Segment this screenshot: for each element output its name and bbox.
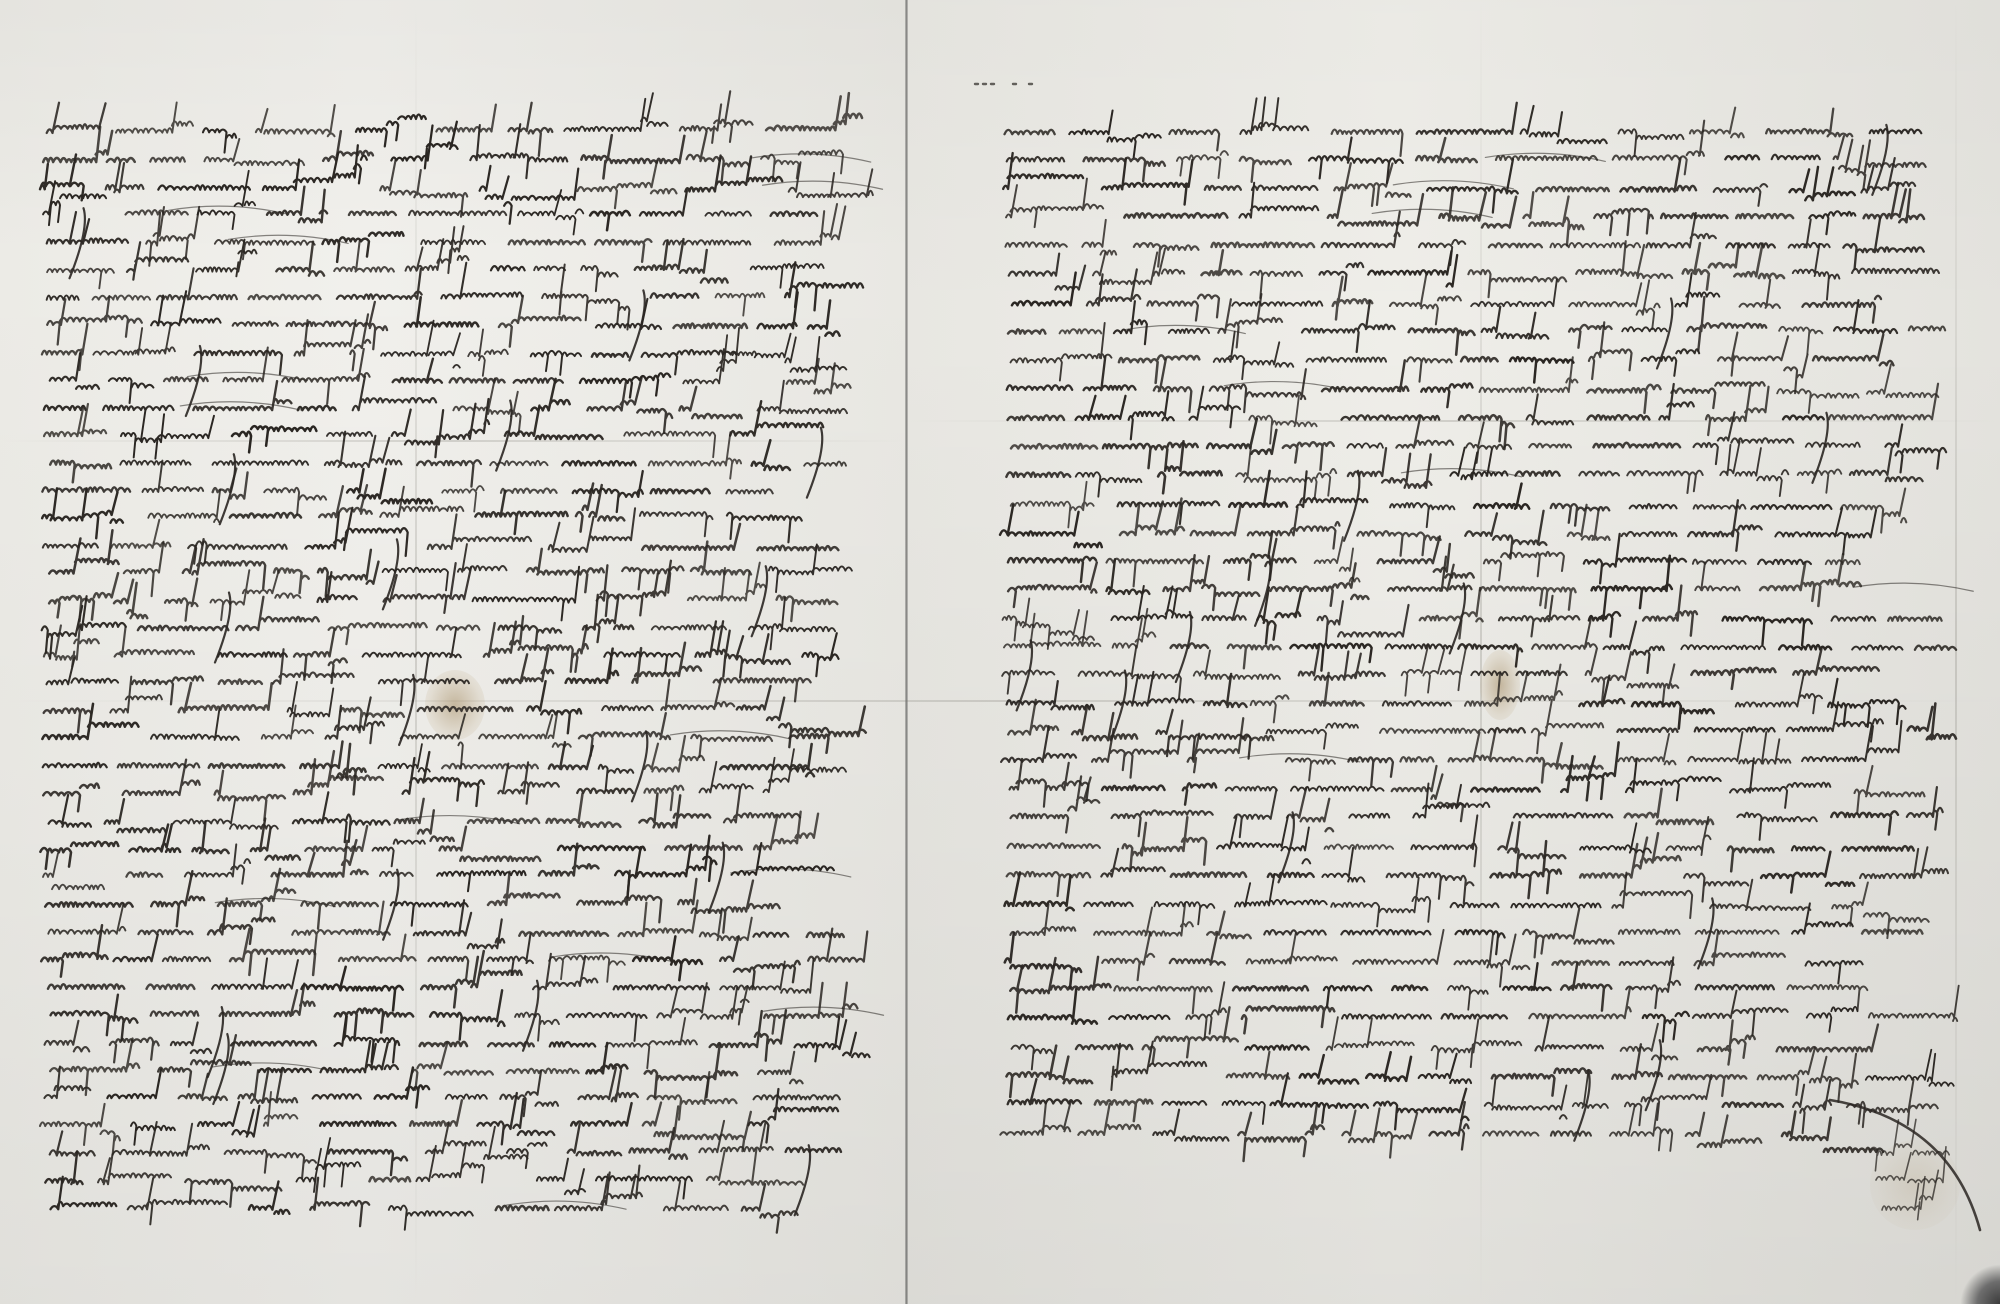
handwriting-stroke bbox=[430, 990, 504, 1039]
handwriting-stroke bbox=[1852, 268, 1939, 272]
handwriting-stroke bbox=[1618, 129, 1683, 156]
handwriting-stroke bbox=[219, 679, 262, 683]
handwriting-stroke bbox=[296, 1138, 360, 1192]
handwriting-stroke bbox=[143, 461, 204, 492]
handwriting-stroke bbox=[1392, 985, 1427, 989]
handwriting-stroke bbox=[1224, 531, 1296, 580]
handwriting-stroke bbox=[1720, 441, 1788, 496]
handwriting-stroke bbox=[263, 145, 367, 190]
handwriting-stroke bbox=[1227, 1052, 1290, 1079]
handwriting-stroke bbox=[1870, 129, 1922, 133]
handwriting-stroke bbox=[1561, 742, 1618, 800]
handwriting-stroke bbox=[1134, 243, 1199, 266]
handwriting-stroke bbox=[1698, 1020, 1755, 1064]
handwriting-stroke bbox=[1324, 986, 1372, 1007]
handwriting-stroke bbox=[1011, 776, 1100, 832]
handwriting-stroke bbox=[1915, 645, 1956, 649]
handwriting-stroke bbox=[537, 1159, 585, 1195]
handwriting-stroke bbox=[1400, 757, 1433, 761]
handwriting-stroke bbox=[1474, 484, 1529, 509]
handwriting-stroke bbox=[1087, 269, 1140, 305]
handwriting-stroke bbox=[769, 544, 852, 592]
handwriting-stroke bbox=[1619, 930, 1680, 934]
handwriting-stroke bbox=[1082, 220, 1116, 255]
handwriting-stroke bbox=[1366, 1052, 1411, 1083]
handwriting-layer bbox=[0, 0, 2000, 1304]
handwriting-stroke bbox=[1480, 586, 1575, 610]
handwriting-stroke bbox=[1726, 243, 1775, 247]
handwriting-stroke bbox=[249, 295, 321, 299]
handwriting-stroke bbox=[49, 795, 91, 827]
handwriting-stroke bbox=[42, 596, 126, 658]
handwriting-stroke bbox=[664, 1181, 728, 1211]
handwriting-stroke bbox=[276, 242, 324, 276]
handwriting-stroke bbox=[1569, 325, 1611, 348]
handwriting-stroke bbox=[1761, 852, 1854, 893]
handwriting-stroke bbox=[1834, 136, 1926, 189]
handwriting-stroke bbox=[327, 432, 372, 436]
handwriting-stroke bbox=[47, 103, 106, 133]
handwriting-stroke bbox=[1491, 841, 1561, 898]
handwriting-stroke bbox=[138, 626, 228, 630]
handwriting-stroke bbox=[1831, 811, 1898, 834]
handwriting-stroke bbox=[1242, 1006, 1334, 1033]
handwriting-stroke bbox=[1233, 986, 1308, 990]
handwriting-stroke bbox=[663, 240, 750, 244]
handwriting-stroke bbox=[44, 708, 92, 732]
handwriting-stroke bbox=[251, 818, 300, 859]
handwriting-stroke bbox=[754, 1095, 840, 1099]
handwriting-stroke bbox=[335, 1008, 413, 1036]
handwriting-stroke bbox=[1793, 244, 1840, 300]
handwriting-stroke bbox=[567, 1013, 647, 1041]
handwriting-stroke bbox=[1318, 601, 1409, 643]
handwriting-stroke bbox=[1627, 471, 1702, 493]
handwriting-stroke bbox=[1322, 360, 1408, 391]
handwriting-stroke bbox=[43, 783, 99, 811]
handwriting-stroke bbox=[1736, 214, 1793, 218]
handwriting-stroke bbox=[1783, 415, 1824, 419]
handwriting-stroke bbox=[43, 854, 104, 890]
handwriting-stroke bbox=[1569, 280, 1659, 329]
handwriting-stroke bbox=[1191, 504, 1241, 537]
handwriting-stroke bbox=[110, 1038, 159, 1063]
handwriting-stroke bbox=[1109, 1015, 1169, 1019]
handwriting-stroke bbox=[1514, 813, 1612, 817]
handwriting-stroke bbox=[363, 628, 461, 657]
handwriting-stroke bbox=[527, 549, 604, 592]
handwriting-stroke bbox=[1005, 242, 1066, 246]
handwriting-stroke bbox=[499, 296, 581, 347]
handwriting-stroke bbox=[1076, 1045, 1132, 1049]
handwriting-stroke bbox=[328, 1149, 407, 1175]
handwriting-stroke bbox=[1643, 586, 1697, 636]
handwriting-stroke bbox=[1551, 504, 1609, 526]
handwriting-stroke bbox=[1427, 159, 1518, 213]
handwriting-stroke bbox=[615, 836, 716, 898]
handwriting-stroke bbox=[763, 181, 883, 189]
handwriting-stroke bbox=[705, 211, 751, 215]
handwriting-stroke bbox=[1832, 616, 1876, 620]
handwriting-stroke bbox=[1760, 554, 1861, 606]
handwriting-stroke bbox=[198, 1102, 259, 1137]
handwriting-stroke bbox=[225, 1150, 316, 1178]
handwriting-stroke bbox=[151, 871, 204, 926]
handwriting-stroke bbox=[642, 524, 740, 551]
handwriting-stroke bbox=[720, 936, 800, 989]
handwriting-stroke bbox=[1357, 531, 1440, 556]
handwriting-stroke bbox=[475, 491, 567, 534]
handwriting-stroke bbox=[1779, 645, 1831, 649]
handwriting-stroke bbox=[1008, 557, 1096, 582]
handwriting-stroke bbox=[1710, 880, 1810, 910]
handwriting-stroke bbox=[549, 955, 625, 981]
handwriting-stroke bbox=[1114, 986, 1211, 1013]
handwriting-stroke bbox=[1005, 130, 1055, 134]
handwriting-stroke bbox=[1579, 471, 1619, 475]
handwriting-stroke bbox=[590, 211, 630, 230]
handwriting-stroke bbox=[1458, 644, 1522, 666]
handwriting-stroke bbox=[1202, 596, 1245, 620]
handwriting-stroke bbox=[1693, 991, 1788, 1036]
handwriting-stroke bbox=[562, 461, 635, 465]
handwriting-stroke bbox=[47, 296, 142, 344]
handwriting-stroke bbox=[1118, 501, 1220, 524]
handwriting-stroke bbox=[1694, 931, 1784, 965]
handwriting-stroke bbox=[1736, 674, 1822, 713]
handwriting-stroke bbox=[1432, 1019, 1522, 1069]
handwriting-stroke bbox=[132, 676, 203, 704]
handwriting-stroke bbox=[509, 240, 585, 244]
handwriting-stroke bbox=[640, 191, 687, 220]
handwriting-stroke bbox=[1240, 97, 1308, 134]
handwriting-stroke bbox=[198, 171, 256, 229]
handwriting-stroke bbox=[1529, 444, 1571, 448]
handwriting-stroke bbox=[1177, 151, 1228, 178]
handwriting-stroke bbox=[1008, 329, 1045, 333]
handwriting-stroke bbox=[92, 295, 150, 299]
handwriting-stroke bbox=[380, 160, 467, 216]
handwriting-stroke bbox=[107, 1069, 161, 1098]
handwriting-stroke bbox=[1060, 329, 1102, 333]
handwriting-stroke bbox=[1587, 385, 1660, 413]
handwriting-stroke bbox=[118, 763, 200, 767]
handwriting-stroke bbox=[1286, 758, 1335, 781]
handwriting-stroke bbox=[1807, 1007, 1858, 1032]
handwriting-stroke bbox=[1484, 547, 1564, 580]
handwriting-stroke bbox=[1758, 560, 1811, 564]
handwriting-stroke bbox=[293, 792, 390, 842]
handwriting-stroke bbox=[1183, 783, 1216, 804]
handwriting-stroke bbox=[488, 872, 559, 905]
handwriting-stroke bbox=[473, 567, 579, 621]
handwriting-stroke bbox=[1401, 469, 1521, 477]
handwriting-stroke bbox=[787, 359, 851, 394]
handwriting-stroke bbox=[294, 751, 383, 794]
handwriting-stroke bbox=[595, 239, 651, 262]
handwriting-stroke bbox=[157, 268, 237, 299]
handwriting-stroke bbox=[1084, 902, 1133, 906]
handwriting-stroke bbox=[1342, 1014, 1431, 1018]
handwriting-stroke bbox=[320, 1121, 395, 1125]
handwriting-stroke bbox=[1112, 811, 1213, 837]
handwriting-stroke bbox=[1622, 327, 1667, 331]
handwriting-stroke bbox=[414, 900, 505, 948]
handwriting-stroke bbox=[1238, 1103, 1324, 1161]
handwriting-stroke bbox=[1214, 332, 1294, 380]
handwriting-stroke bbox=[349, 211, 396, 215]
handwriting-stroke bbox=[215, 240, 315, 259]
handwriting-stroke bbox=[1723, 1102, 1783, 1106]
handwriting-stroke bbox=[1688, 732, 1790, 764]
handwriting-stroke bbox=[1684, 874, 1748, 902]
handwriting-stroke bbox=[651, 293, 699, 297]
handwriting-stroke bbox=[1006, 472, 1070, 476]
handwriting-stroke bbox=[392, 399, 489, 457]
handwriting-stroke bbox=[1489, 243, 1542, 247]
handwriting-stroke bbox=[1007, 843, 1099, 847]
handwriting-stroke bbox=[418, 707, 513, 711]
handwriting-stroke bbox=[586, 1043, 627, 1073]
handwriting-stroke bbox=[1245, 1045, 1308, 1049]
handwriting-stroke bbox=[1643, 1012, 1689, 1042]
handwriting-stroke bbox=[1372, 209, 1492, 217]
handwriting-stroke bbox=[1322, 848, 1364, 882]
handwriting-stroke bbox=[1402, 644, 1467, 695]
handwriting-stroke bbox=[1604, 622, 1664, 673]
handwriting-stroke bbox=[1119, 355, 1199, 383]
handwriting-stroke bbox=[1830, 1100, 1980, 1230]
handwriting-stroke bbox=[500, 1071, 558, 1116]
handwriting-stroke bbox=[1012, 273, 1076, 306]
handwriting-stroke bbox=[1471, 279, 1557, 309]
handwriting-stroke bbox=[322, 232, 403, 262]
handwriting-stroke bbox=[1005, 933, 1081, 989]
handwriting-stroke bbox=[1775, 508, 1876, 554]
handwriting-stroke bbox=[1792, 846, 1825, 850]
handwriting-stroke bbox=[1461, 357, 1497, 361]
handwriting-stroke bbox=[1523, 192, 1583, 245]
handwriting-stroke bbox=[1386, 644, 1452, 648]
handwriting-stroke bbox=[428, 957, 468, 978]
handwriting-stroke bbox=[450, 378, 505, 382]
handwriting-stroke bbox=[1204, 674, 1247, 707]
handwriting-stroke bbox=[236, 597, 319, 630]
handwriting-stroke bbox=[1084, 356, 1136, 390]
handwriting-stroke bbox=[1266, 723, 1358, 749]
handwriting-stroke bbox=[1772, 155, 1820, 159]
handwriting-stroke bbox=[151, 1011, 199, 1015]
handwriting-stroke bbox=[292, 902, 390, 955]
handwriting-stroke bbox=[1888, 616, 1941, 620]
handwriting-stroke bbox=[1621, 1024, 1678, 1060]
handwriting-stroke bbox=[1728, 847, 1774, 872]
handwriting-stroke bbox=[1589, 588, 1620, 636]
handwriting-stroke bbox=[1740, 280, 1780, 308]
handwriting-stroke bbox=[1378, 536, 1474, 577]
handwriting-stroke bbox=[1228, 645, 1281, 669]
handwriting-stroke bbox=[479, 711, 571, 747]
handwriting-stroke bbox=[185, 1179, 281, 1207]
handwriting-stroke bbox=[714, 678, 811, 701]
handwriting-stroke bbox=[1690, 108, 1744, 138]
handwriting-stroke bbox=[1226, 787, 1277, 791]
handwriting-stroke bbox=[337, 269, 422, 299]
handwriting-stroke bbox=[148, 489, 220, 522]
handwriting-stroke bbox=[753, 932, 788, 936]
handwriting-stroke bbox=[319, 485, 372, 517]
handwriting-stroke bbox=[1456, 930, 1505, 954]
handwriting-stroke bbox=[126, 210, 188, 214]
handwriting-stroke bbox=[1510, 357, 1573, 382]
handwriting-stroke bbox=[1642, 349, 1700, 376]
handwriting-stroke bbox=[318, 550, 378, 596]
handwriting-stroke bbox=[1421, 383, 1472, 407]
handwriting-stroke bbox=[1498, 822, 1565, 873]
handwriting-stroke bbox=[1396, 417, 1453, 448]
handwriting-stroke bbox=[724, 788, 800, 822]
handwriting-stroke bbox=[440, 827, 541, 861]
handwriting-stroke bbox=[1589, 322, 1632, 379]
handwriting-stroke bbox=[126, 872, 162, 876]
handwriting-stroke bbox=[1251, 271, 1302, 298]
handwriting-stroke bbox=[1008, 989, 1097, 1024]
handwriting-stroke bbox=[238, 1068, 297, 1103]
handwriting-stroke bbox=[179, 683, 272, 712]
handwriting-stroke bbox=[487, 934, 533, 975]
handwriting-stroke bbox=[1000, 505, 1102, 547]
handwriting-stroke bbox=[581, 135, 684, 178]
handwriting-stroke bbox=[40, 1104, 120, 1155]
handwriting-stroke bbox=[300, 741, 365, 794]
handwriting-stroke bbox=[468, 329, 508, 375]
handwriting-stroke bbox=[1205, 186, 1241, 190]
handwriting-stroke bbox=[43, 543, 98, 547]
handwriting-stroke bbox=[259, 1068, 311, 1072]
handwriting-stroke bbox=[42, 324, 87, 370]
handwriting-stroke bbox=[111, 520, 170, 548]
handwriting-stroke bbox=[1793, 1080, 1831, 1133]
handwriting-stroke bbox=[1207, 419, 1276, 454]
handwriting-stroke bbox=[1488, 728, 1524, 732]
handwriting-stroke bbox=[1349, 813, 1389, 817]
handwriting-stroke bbox=[1147, 295, 1219, 321]
handwriting-stroke bbox=[1714, 184, 1767, 206]
handwriting-stroke bbox=[1630, 504, 1677, 508]
handwriting-stroke bbox=[1162, 1101, 1206, 1105]
handwriting-stroke bbox=[644, 736, 704, 772]
handwriting-stroke bbox=[1129, 391, 1174, 439]
handwriting-stroke bbox=[1374, 1089, 1469, 1130]
handwriting-stroke bbox=[1449, 731, 1523, 761]
handwriting-stroke bbox=[1210, 369, 1306, 412]
handwriting-stroke bbox=[515, 1012, 559, 1040]
handwriting-stroke bbox=[547, 794, 621, 827]
handwriting-stroke bbox=[1793, 649, 1879, 675]
handwriting-stroke bbox=[1342, 415, 1440, 419]
handwriting-stroke bbox=[1758, 1048, 1858, 1102]
handwriting-stroke bbox=[1612, 873, 1692, 919]
handwriting-stroke bbox=[115, 626, 194, 656]
handwriting-stroke bbox=[147, 984, 195, 988]
handwriting-stroke bbox=[1163, 555, 1259, 610]
handwriting-stroke bbox=[1626, 957, 1680, 1008]
handwriting-stroke bbox=[661, 678, 734, 710]
handwriting-stroke bbox=[1550, 243, 1640, 247]
handwriting-stroke bbox=[1383, 701, 1451, 705]
handwriting-stroke bbox=[1420, 588, 1483, 639]
handwriting-stroke bbox=[1332, 130, 1403, 156]
handwriting-stroke bbox=[495, 648, 553, 683]
handwriting-stroke bbox=[1079, 646, 1181, 699]
handwriting-stroke bbox=[231, 1041, 316, 1045]
handwriting-stroke bbox=[1626, 759, 1721, 800]
handwriting-stroke bbox=[395, 799, 454, 841]
handwriting-stroke bbox=[709, 843, 724, 913]
handwriting-stroke bbox=[581, 266, 618, 291]
handwriting-stroke bbox=[639, 794, 710, 828]
handwriting-stroke bbox=[1217, 816, 1310, 863]
handwriting-stroke bbox=[98, 1155, 171, 1185]
handwriting-stroke bbox=[1594, 208, 1653, 235]
handwriting-stroke bbox=[1007, 157, 1064, 161]
handwriting-stroke bbox=[1324, 844, 1393, 848]
handwriting-stroke bbox=[720, 744, 814, 776]
handwriting-stroke bbox=[93, 323, 175, 355]
handwriting-stroke bbox=[1617, 728, 1677, 732]
handwriting-stroke bbox=[1561, 963, 1611, 1011]
handwriting-stroke bbox=[1806, 442, 1860, 446]
handwriting-stroke bbox=[1202, 250, 1242, 275]
handwriting-stroke bbox=[622, 566, 683, 592]
handwriting-stroke bbox=[1492, 1068, 1591, 1095]
handwriting-stroke bbox=[1302, 301, 1395, 352]
handwriting-stroke bbox=[1008, 415, 1064, 419]
handwriting-stroke bbox=[527, 681, 581, 733]
handwriting-stroke bbox=[1511, 903, 1600, 907]
handwriting-stroke bbox=[163, 957, 210, 961]
handwriting-stroke bbox=[1782, 1112, 1883, 1152]
handwriting-stroke bbox=[577, 871, 661, 923]
handwriting-stroke bbox=[564, 93, 667, 131]
handwriting-stroke bbox=[726, 489, 772, 493]
handwriting-stroke bbox=[1809, 211, 1855, 234]
handwriting-stroke bbox=[477, 1093, 554, 1144]
handwriting-stroke bbox=[105, 799, 166, 832]
handwriting-stroke bbox=[531, 351, 581, 375]
handwriting-stroke bbox=[1171, 872, 1246, 876]
handwriting-stroke bbox=[173, 799, 278, 829]
handwriting-stroke bbox=[230, 929, 315, 975]
handwriting-stroke bbox=[1347, 443, 1383, 447]
handwriting-stroke bbox=[763, 749, 846, 792]
handwriting-stroke bbox=[127, 242, 188, 279]
handwriting-stroke bbox=[1613, 121, 1704, 175]
handwriting-stroke bbox=[437, 871, 525, 892]
handwriting-stroke bbox=[1499, 596, 1579, 637]
handwriting-stroke bbox=[1189, 387, 1240, 428]
handwriting-stroke bbox=[1331, 878, 1430, 927]
handwriting-stroke bbox=[1419, 240, 1465, 265]
handwriting-stroke bbox=[1694, 412, 1794, 464]
handwriting-stroke bbox=[1390, 503, 1454, 527]
handwriting-stroke bbox=[1586, 648, 1679, 706]
handwriting-stroke bbox=[509, 103, 553, 156]
handwriting-stroke bbox=[496, 1206, 549, 1210]
handwriting-stroke bbox=[103, 406, 173, 410]
handwriting-stroke bbox=[1411, 815, 1477, 866]
handwriting-stroke bbox=[1240, 157, 1291, 182]
